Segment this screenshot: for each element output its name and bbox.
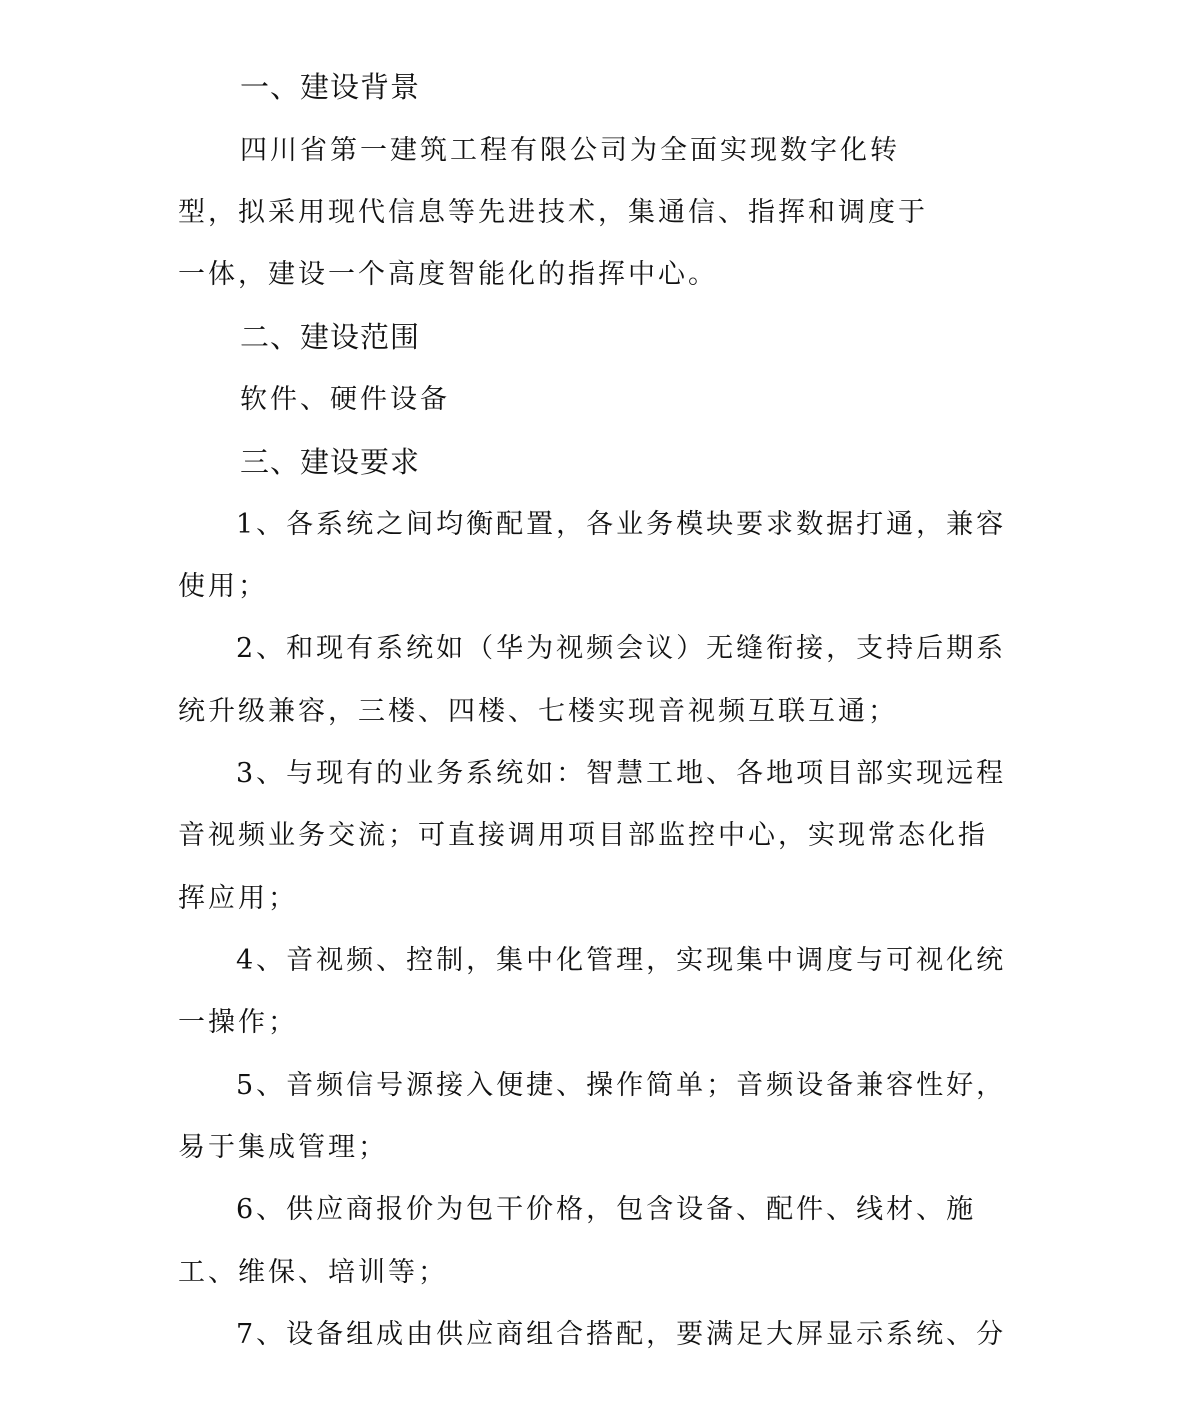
paragraph-line: 四川省第一建筑工程有限公司为全面实现数字化转 [240,134,900,168]
paragraph-line: 6、供应商报价为包干价格，包含设备、配件、线材、施 [236,1193,976,1227]
paragraph-line: 5、音频信号源接入便捷、操作简单；音频设备兼容性好， [236,1069,1006,1103]
section-heading: 二、建设范围 [240,320,420,354]
paragraph-line: 7、设备组成由供应商组合搭配，要满足大屏显示系统、分 [236,1318,1006,1352]
paragraph-line: 一操作； [178,1006,298,1040]
paragraph-line: 一体，建设一个高度智能化的指挥中心。 [178,258,718,292]
paragraph-line: 型，拟采用现代信息等先进技术，集通信、指挥和调度于 [178,196,928,230]
paragraph-line: 1、各系统之间均衡配置，各业务模块要求数据打通，兼容 [236,508,1006,542]
paragraph-line: 3、与现有的业务系统如：智慧工地、各地项目部实现远程 [236,757,1006,791]
paragraph-line: 使用； [178,570,268,604]
paragraph-line: 易于集成管理； [178,1131,388,1165]
paragraph-line: 2、和现有系统如（华为视频会议）无缝衔接，支持后期系 [236,632,1006,666]
paragraph-line: 工、维保、培训等； [178,1256,448,1290]
paragraph-line: 挥应用； [178,882,298,916]
paragraph-line: 统升级兼容，三楼、四楼、七楼实现音视频互联互通； [178,695,898,729]
paragraph-line: 4、音视频、控制，集中化管理，实现集中调度与可视化统 [236,944,1006,978]
paragraph-line: 音视频业务交流；可直接调用项目部监控中心，实现常态化指 [178,819,988,853]
section-heading: 一、建设背景 [240,70,420,104]
paragraph-line: 软件、硬件设备 [240,383,450,417]
section-heading: 三、建设要求 [240,445,420,479]
